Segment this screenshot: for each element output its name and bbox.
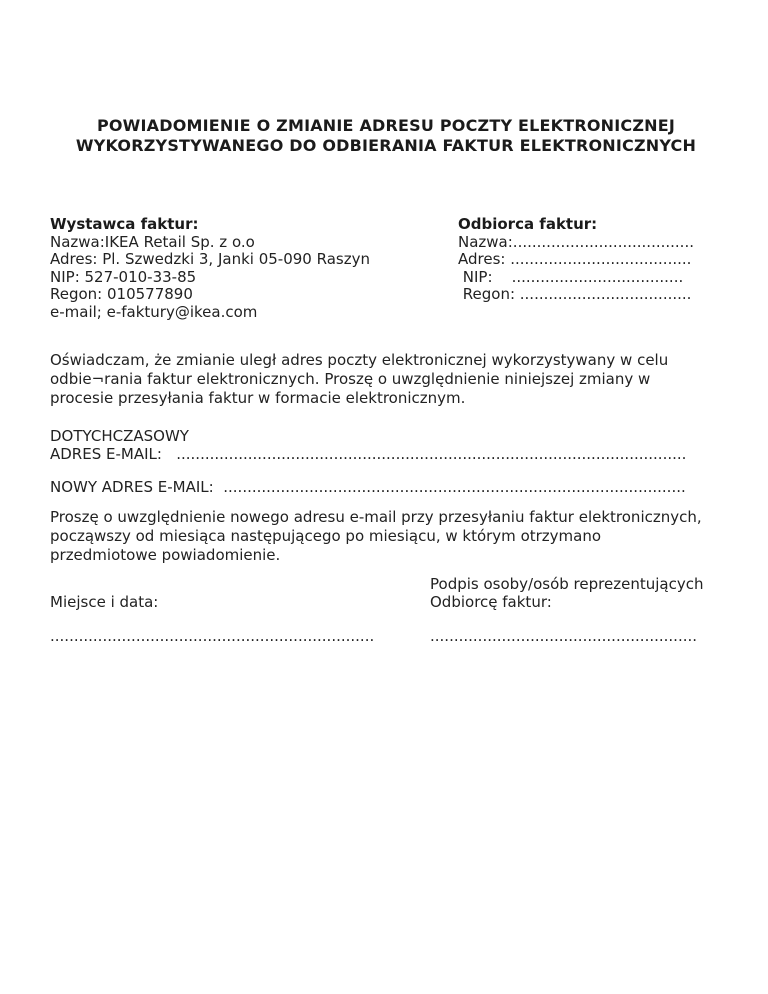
request-line-1: Proszę o uwzględnienie nowego adresu e-m… [50, 508, 722, 527]
previous-email-field: ADRES E-MAIL: ..........................… [50, 445, 722, 463]
signature-section: Miejsce i data: ........................… [50, 575, 722, 645]
recipient-address-field: Adres: .................................… [458, 251, 722, 269]
title-line-1: POWIADOMIENIE O ZMIANIE ADRESU POCZTY EL… [50, 116, 722, 136]
issuer-block: Wystawca faktur: Nazwa:IKEA Retail Sp. z… [50, 216, 458, 321]
issuer-name: Nazwa:IKEA Retail Sp. z o.o [50, 234, 458, 252]
place-date-fill-line: ........................................… [50, 627, 430, 645]
spacer [50, 575, 430, 593]
signer-block: Podpis osoby/osób reprezentujących Odbio… [430, 575, 722, 645]
statement-line-2: odbie¬rania faktur elektronicznych. Pros… [50, 370, 722, 389]
recipient-heading: Odbiorca faktur: [458, 216, 722, 234]
email-fields-section: DOTYCHCZASOWY ADRES E-MAIL: ............… [50, 427, 722, 496]
statement-paragraph: Oświadczam, że zmianie uległ adres poczt… [50, 351, 722, 408]
request-line-2: począwszy od miesiąca następującego po m… [50, 527, 722, 546]
place-date-block: Miejsce i data: ........................… [50, 575, 430, 645]
issuer-email: e-mail; e-faktury@ikea.com [50, 304, 458, 322]
title-line-2: WYKORZYSTYWANEGO DO ODBIERANIA FAKTUR EL… [50, 136, 722, 156]
request-line-3: przedmiotowe powiadomienie. [50, 546, 722, 565]
recipient-regon-field: Regon: .................................… [458, 286, 722, 304]
document-title: POWIADOMIENIE O ZMIANIE ADRESU POCZTY EL… [50, 116, 722, 156]
statement-line-3: procesie przesyłania faktur w formacie e… [50, 389, 722, 408]
request-paragraph: Proszę o uwzględnienie nowego adresu e-m… [50, 508, 722, 565]
recipient-nip-field: NIP: ...................................… [458, 269, 722, 287]
document-page: POWIADOMIENIE O ZMIANIE ADRESU POCZTY EL… [0, 0, 768, 994]
statement-line-1: Oświadczam, że zmianie uległ adres poczt… [50, 351, 722, 370]
issuer-regon: Regon: 010577890 [50, 286, 458, 304]
signer-caption-line-2: Odbiorcę faktur: [430, 593, 722, 611]
signer-caption-line-1: Podpis osoby/osób reprezentujących [430, 575, 722, 593]
new-email-field: NOWY ADRES E-MAIL: .....................… [50, 478, 722, 496]
parties-section: Wystawca faktur: Nazwa:IKEA Retail Sp. z… [50, 216, 722, 321]
recipient-block: Odbiorca faktur: Nazwa:.................… [458, 216, 722, 321]
signature-fill-line: ........................................… [430, 627, 722, 645]
issuer-heading: Wystawca faktur: [50, 216, 458, 234]
issuer-nip: NIP: 527-010-33-85 [50, 269, 458, 287]
place-date-label: Miejsce i data: [50, 593, 430, 611]
recipient-name-field: Nazwa:..................................… [458, 234, 722, 252]
previous-email-label: DOTYCHCZASOWY [50, 427, 722, 445]
issuer-address: Adres: Pl. Szwedzki 3, Janki 05-090 Rasz… [50, 251, 458, 269]
